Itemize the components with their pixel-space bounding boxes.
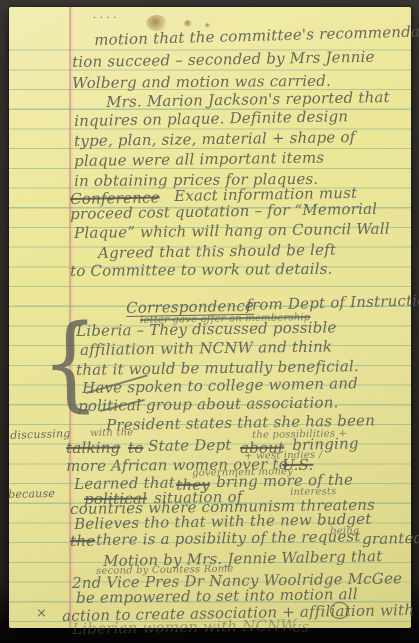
handwritten-line: Agreed that this should be left <box>98 243 336 262</box>
handwritten-line: the <box>70 534 95 550</box>
handwritten-line: Liberia – They discussed possible <box>76 320 337 339</box>
handwritten-line: Liberian women with NCNW <box>72 618 296 638</box>
stain <box>146 15 168 31</box>
handwritten-line: plaque were all important items <box>74 151 324 170</box>
handwritten-line: affiliation with NCNW and think <box>80 339 332 358</box>
handwritten-line: because <box>8 488 55 501</box>
handwritten-line: talking <box>66 441 120 457</box>
handwritten-line: from Dept of Instruction, <box>246 293 419 314</box>
handwriting-layer: motion that the committee's recommendati… <box>0 0 419 643</box>
handwritten-line: State Dept <box>148 438 232 455</box>
stain <box>184 20 192 27</box>
handwritten-line: to <box>128 441 143 457</box>
circle-mark <box>330 602 349 619</box>
handwritten-line: Plaque” which will hang on Council Wall <box>74 222 390 242</box>
handwritten-line: there is a posibility of the request <box>96 529 361 548</box>
handwritten-line: motion that the committee's recommenda <box>94 24 419 48</box>
handwritten-line: inquires on plaque. Definite design <box>74 109 348 130</box>
handwritten-line: × <box>36 607 47 621</box>
handwritten-line: granted <box>362 531 419 548</box>
stain <box>205 23 210 28</box>
handwritten-line: discussing <box>10 428 71 442</box>
handwritten-line: · · · · <box>93 14 117 25</box>
handwritten-line: US <box>292 623 309 635</box>
handwritten-line: being <box>330 526 360 537</box>
handwritten-line: to Committee to work out details. <box>70 262 333 280</box>
handwritten-line: type, plan, size, material + shape of <box>74 130 355 150</box>
photo-backdrop: motion that the committee's recommendati… <box>0 0 419 643</box>
brace-mark: { <box>40 309 101 418</box>
handwritten-line: tion succeed – seconded by Mrs Jennie <box>72 50 375 71</box>
